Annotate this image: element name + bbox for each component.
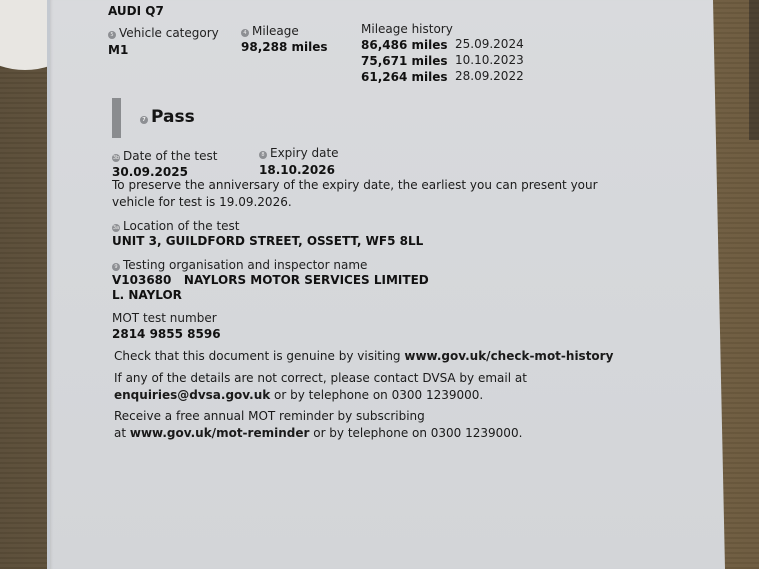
result-status-bar (112, 98, 121, 138)
field-number-icon: 7 (140, 116, 148, 124)
mileage-label: 4Mileage (241, 24, 299, 38)
field-number-icon: 9 (112, 263, 120, 271)
field-number-icon: 3a (112, 224, 120, 232)
check-mot-history-link[interactable]: www.gov.uk/check-mot-history (404, 349, 613, 363)
mileage-history-date-2: 28.09.2022 (455, 69, 524, 83)
field-number-icon: 8 (259, 151, 267, 159)
mileage-history-date-1: 10.10.2023 (455, 53, 524, 67)
location-label: 3aLocation of the test (112, 219, 240, 233)
field-number-icon: 3b (112, 154, 120, 162)
mot-test-number-value: 2814 9855 8596 (112, 327, 221, 341)
testing-org-value: V103680 NAYLORS MOTOR SERVICES LIMITED (112, 273, 429, 287)
mot-reminder-link[interactable]: www.gov.uk/mot-reminder (130, 426, 310, 440)
genuine-check-text: Check that this document is genuine by v… (114, 348, 613, 365)
mileage-history-label: Mileage history (361, 22, 453, 36)
mot-test-number-label: MOT test number (112, 311, 217, 325)
paper-edge (47, 0, 50, 569)
expiry-date-label: 8Expiry date (259, 146, 339, 160)
field-number-icon: 5 (108, 31, 116, 39)
location-value: UNIT 3, GUILDFORD STREET, OSSETT, WF5 8L… (112, 234, 423, 248)
object-background (749, 0, 759, 140)
test-result: 7Pass (140, 107, 195, 127)
anniversary-note: To preserve the anniversary of the expir… (112, 177, 622, 211)
test-date-label: 3bDate of the test (112, 149, 217, 163)
mileage-history-miles-2: 61,264 miles (361, 70, 448, 84)
mileage-history-date-0: 25.09.2024 (455, 37, 524, 51)
contact-text: If any of the details are not correct, p… (114, 370, 527, 404)
testing-org-label: 9Testing organisation and inspector name (112, 258, 367, 272)
mileage-value: 98,288 miles (241, 40, 328, 54)
reminder-text: Receive a free annual MOT reminder by su… (114, 408, 522, 442)
mileage-history-miles-1: 75,671 miles (361, 54, 448, 68)
dvsa-email-link[interactable]: enquiries@dvsa.gov.uk (114, 388, 270, 402)
inspector-name: L. NAYLOR (112, 288, 182, 302)
vehicle-make-model: AUDI Q7 (108, 4, 164, 18)
expiry-date-value: 18.10.2026 (259, 163, 335, 177)
vehicle-category-value: M1 (108, 43, 128, 57)
field-number-icon: 4 (241, 29, 249, 37)
vehicle-category-label: 5Vehicle category (108, 26, 219, 40)
mileage-history-miles-0: 86,486 miles (361, 38, 448, 52)
